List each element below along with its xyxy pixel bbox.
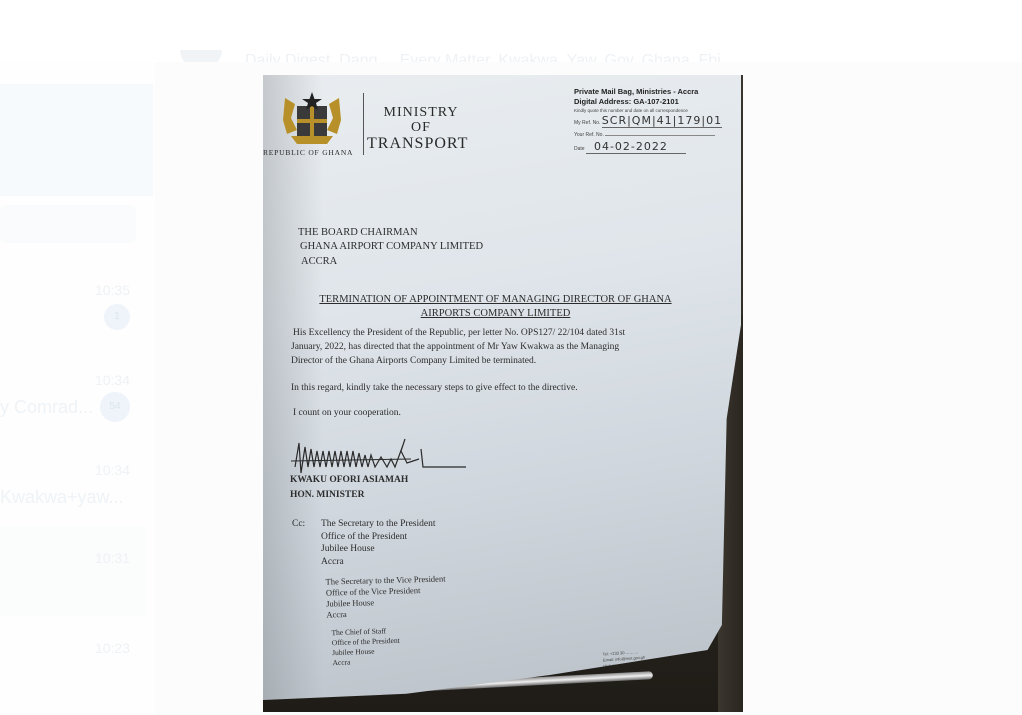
emblem-caption: REPUBLIC OF GHANA	[263, 148, 353, 157]
body-line-5: I count on your cooperation.	[293, 408, 401, 418]
cc-1-line-1: The Secretary to the President	[321, 518, 436, 531]
cc-recipient-2: The Secretary to the Vice President Offi…	[325, 573, 446, 620]
cc-1-line-2: Office of the President	[321, 531, 436, 544]
cc-2-line-4: Accra	[326, 606, 446, 620]
ministry-line-3: TRANSPORT	[367, 135, 467, 152]
cc-1-line-3: Jubilee House	[321, 543, 436, 556]
chat-list-item[interactable]: 10:31	[0, 550, 130, 610]
subject-line-1: TERMINATION OF APPOINTMENT OF MANAGING D…	[303, 293, 688, 307]
chat-name: y Comrad...	[0, 397, 93, 418]
ghana-coat-of-arms-icon	[277, 90, 347, 146]
ministry-line-1: MINISTRY	[371, 105, 471, 120]
chat-list-item[interactable]: 10:35 1	[0, 282, 130, 342]
cc-recipient-1: The Secretary to the President Office of…	[321, 518, 436, 568]
chat-time: 10:34	[95, 372, 130, 388]
chat-preview: Kwakwa+yaw...	[0, 487, 124, 508]
date-label: Date	[574, 146, 585, 152]
cc-label: Cc:	[292, 519, 305, 529]
date-row: Date 04-02-2022	[574, 141, 722, 155]
my-ref-value: SCR|QM|41|179|01	[602, 114, 722, 128]
ministry-title: MINISTRY OF TRANSPORT	[371, 105, 471, 152]
body-line-1: His Excellency the President of the Repu…	[293, 328, 625, 338]
cc-3-line-4: Accra	[332, 656, 400, 668]
selected-chat-item[interactable]	[0, 84, 153, 196]
your-ref-value	[605, 135, 715, 136]
postal-address: Private Mail Bag, Ministries - Accra	[574, 87, 722, 97]
letter-subject: TERMINATION OF APPOINTMENT OF MANAGING D…	[303, 293, 688, 321]
recipient-line-3: ACCRA	[301, 256, 337, 267]
letter-photo[interactable]: REPUBLIC OF GHANA MINISTRY OF TRANSPORT …	[263, 75, 743, 712]
cc-recipient-3: The Chief of Staff Office of the Preside…	[331, 626, 400, 668]
address-block: Private Mail Bag, Ministries - Accra Dig…	[574, 87, 722, 155]
chat-time: 10:31	[95, 550, 130, 566]
recipient-line-1: THE BOARD CHAIRMAN	[298, 227, 418, 238]
my-ref-row: My Ref. No. SCR|QM|41|179|01	[574, 115, 722, 129]
chat-time: 10:23	[95, 640, 130, 656]
ministry-line-2: OF	[371, 120, 471, 135]
my-ref-label: My Ref. No.	[574, 120, 600, 126]
letter-paper: REPUBLIC OF GHANA MINISTRY OF TRANSPORT …	[263, 75, 741, 700]
body-line-3: Director of the Ghana Airports Company L…	[291, 356, 536, 366]
digital-address: Digital Address: GA-107-2101	[574, 97, 722, 107]
chat-list-item[interactable]: 10:23	[0, 640, 130, 700]
footer-contact: Tel: +233 30 ... ... ... Email: info@mot…	[602, 648, 649, 669]
signatory-title: HON. MINISTER	[290, 490, 364, 500]
search-box[interactable]	[0, 205, 136, 243]
body-line-2: January, 2022, has directed that the app…	[291, 342, 619, 352]
unread-badge: 1	[104, 304, 130, 330]
letterhead-divider	[363, 93, 364, 155]
your-ref-label: Your Ref. No.	[574, 132, 604, 138]
signature	[291, 437, 466, 479]
subject-line-2: AIRPORTS COMPANY LIMITED	[303, 307, 688, 321]
body-line-4: In this regard, kindly take the necessar…	[291, 383, 578, 393]
chat-time: 10:35	[95, 282, 130, 298]
signatory-name: KWAKU OFORI ASIAMAH	[290, 475, 408, 485]
recipient-line-2: GHANA AIRPORT COMPANY LIMITED	[300, 241, 483, 252]
cc-1-line-4: Accra	[321, 556, 436, 569]
date-value: 04-02-2022	[586, 140, 686, 154]
chat-time: 10:34	[95, 462, 130, 478]
unread-badge: 54	[100, 392, 130, 422]
